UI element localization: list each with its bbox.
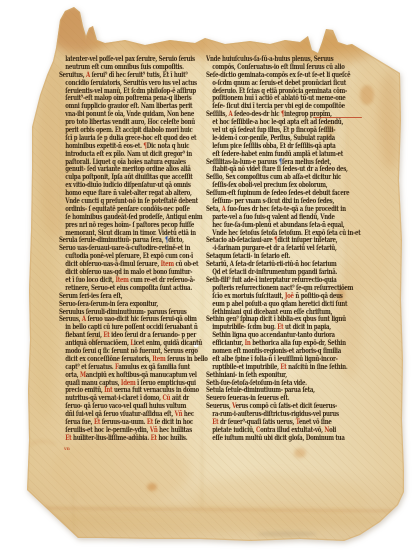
text-line: eſſe iuſtum multū ubi dicit gloſa, Domin… — [206, 434, 317, 442]
text-column-left: latenter-vel poſſe-vel pax ſeruire, Seru… — [59, 55, 201, 442]
text-line: Et huīliter-lius-liſſime-adūbia. Et hoc … — [59, 434, 170, 442]
text-column-right: Vnde huiuſculus-ſa-ſū-a-huius plenus, Se… — [206, 55, 348, 442]
quire-mark: vn — [64, 446, 70, 452]
manuscript-photo: latenter-vel poſſe-vel pax ſeruire, Seru… — [0, 0, 419, 550]
